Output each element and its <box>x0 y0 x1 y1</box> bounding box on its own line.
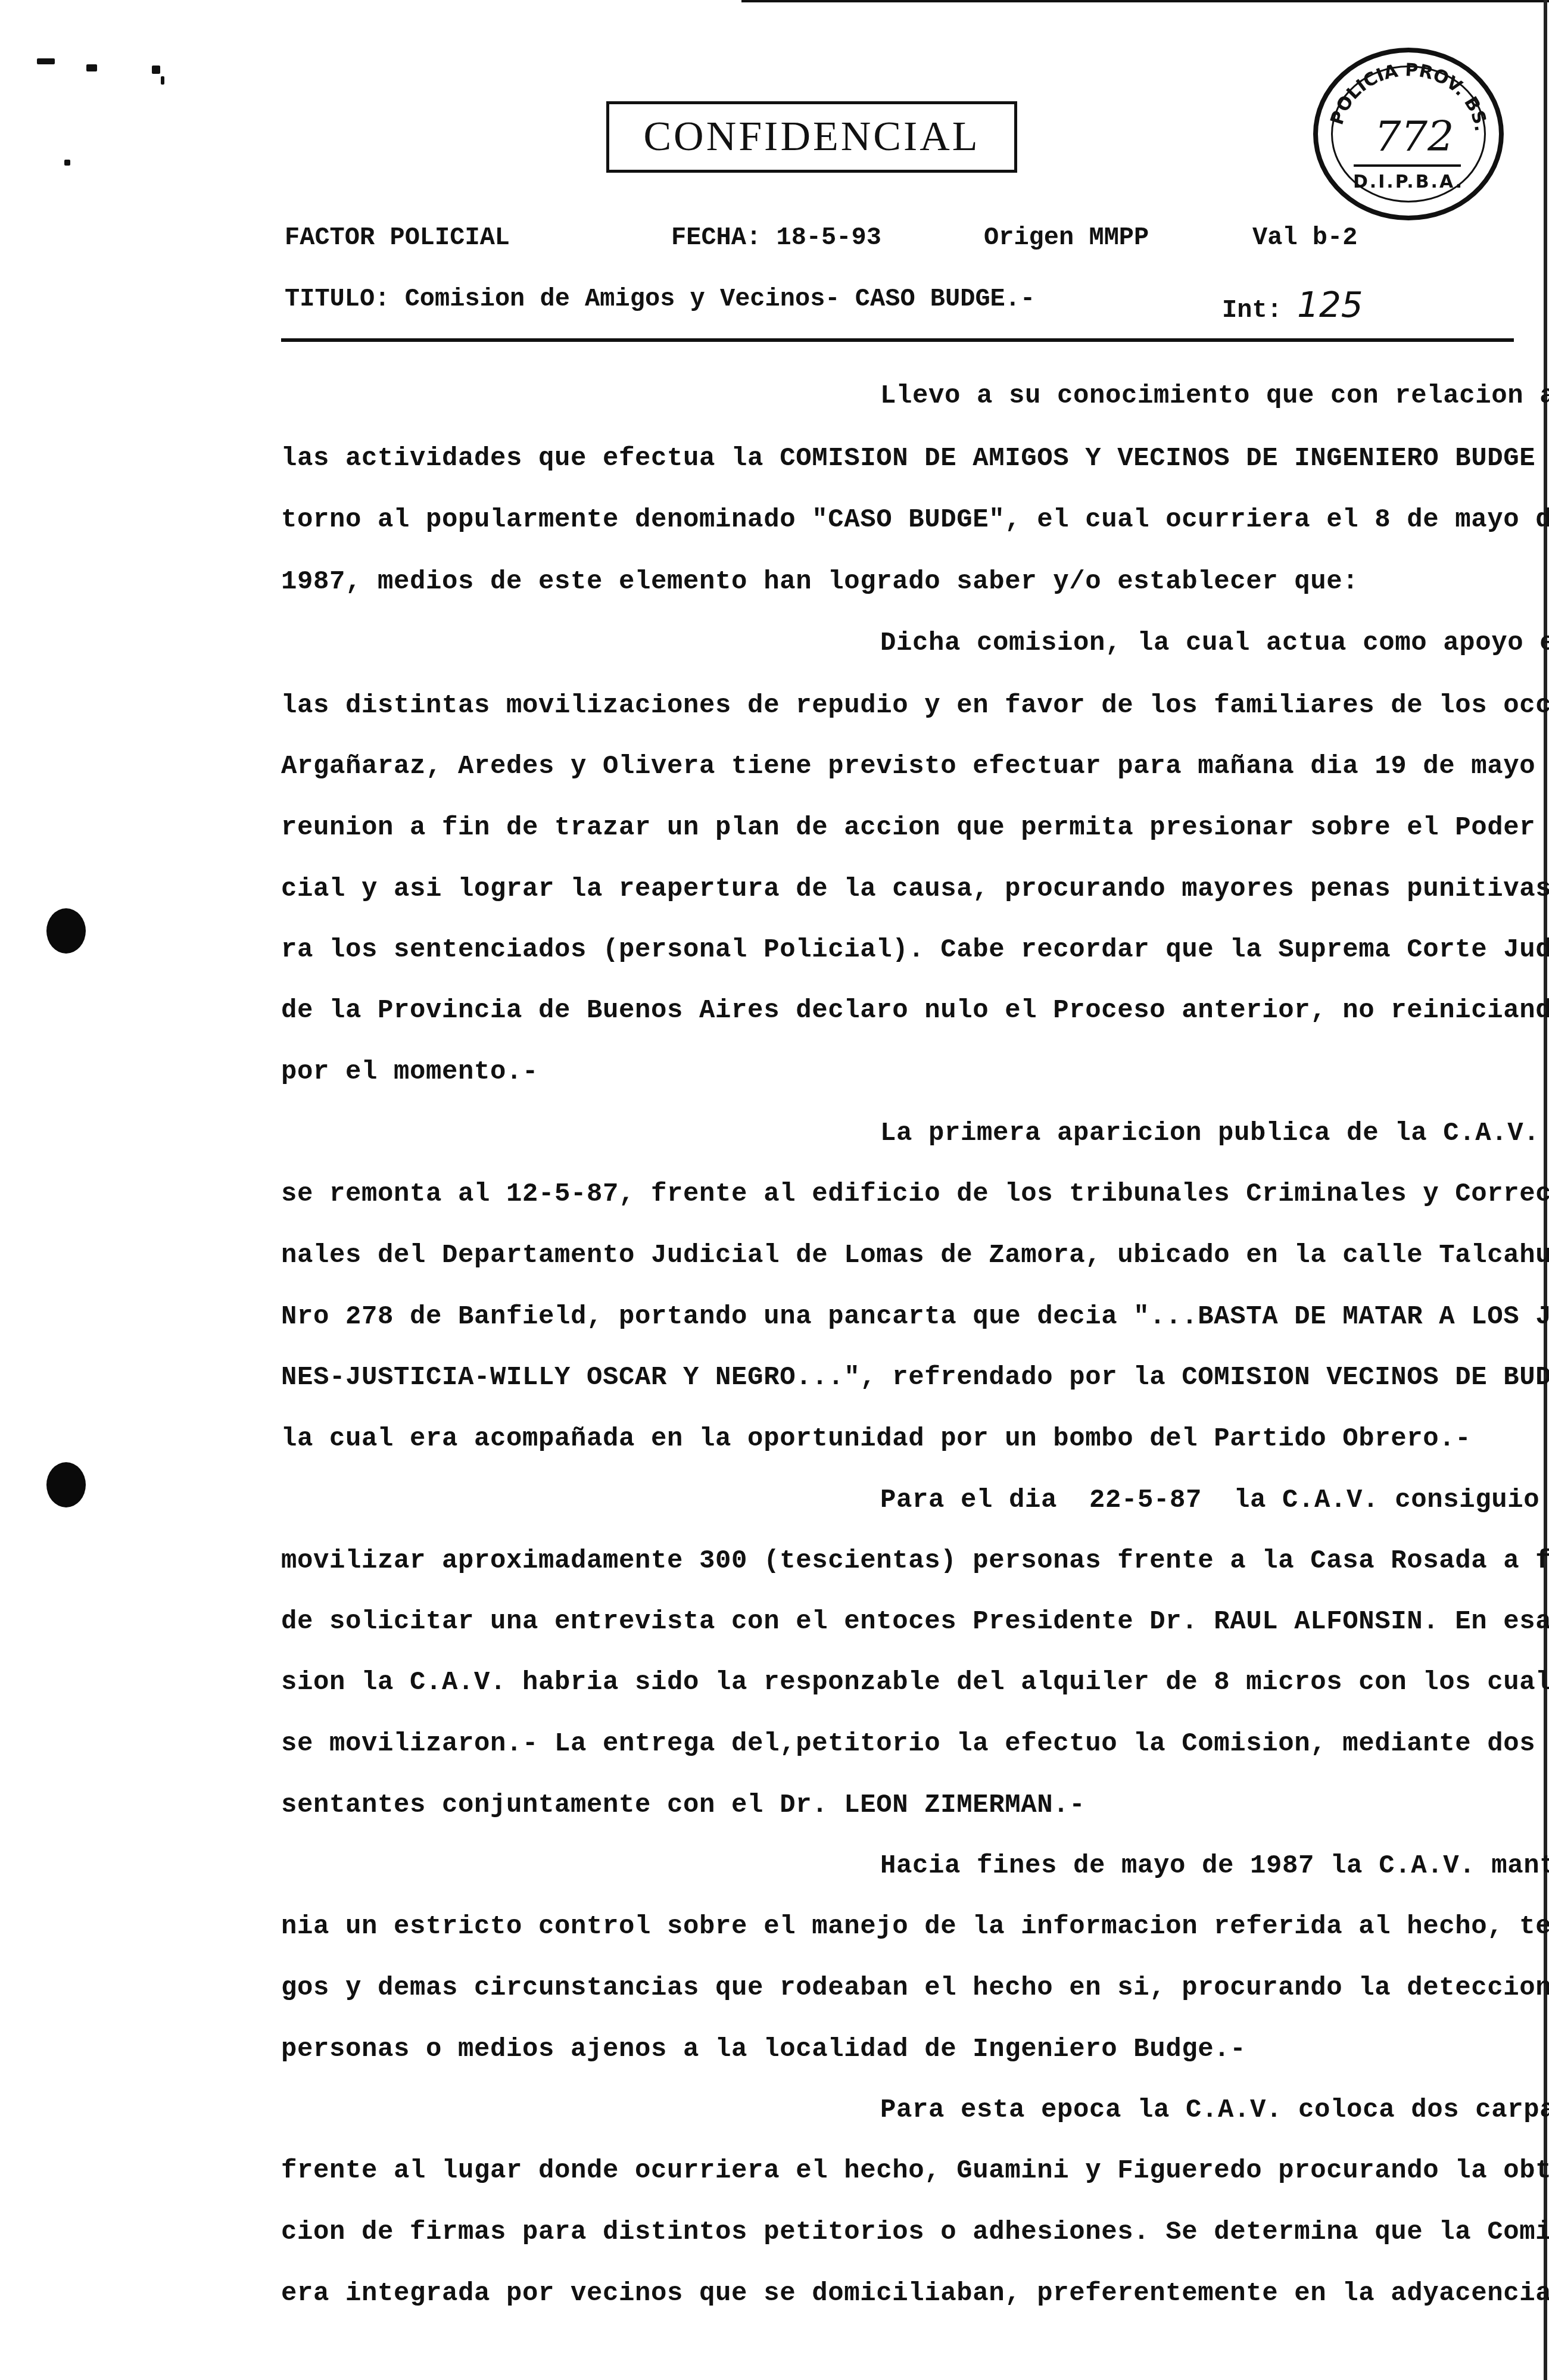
paragraph-start-line: Dicha comision, la cual actua como apoyo… <box>880 628 1535 658</box>
origen-label: Origen <box>984 223 1074 252</box>
seal-handwritten-number: 772 <box>1375 112 1454 161</box>
police-seal-stamp: POLICIA PROV. BS. AIRES 772 D.I.P.B.A. <box>1313 48 1504 220</box>
scan-speck <box>86 64 97 71</box>
paragraph-start-line: Para el dia 22-5-87 la C.A.V. consiguio <box>880 1485 1535 1515</box>
header-int: Int: 125 <box>1222 285 1363 325</box>
punch-hole <box>46 1462 86 1507</box>
body-text-line: ra los sentenciados (personal Policial).… <box>281 935 1538 965</box>
body-text-line: movilizar aproximadamente 300 (tescienta… <box>281 1546 1538 1576</box>
body-text-line: la cual era acompañada en la oportunidad… <box>281 1424 1538 1454</box>
paragraph-start-line: Para esta epoca la C.A.V. coloca dos car… <box>880 2095 1535 2125</box>
header-divider <box>281 338 1514 342</box>
titulo-value: Comision de Amigos y Vecinos- CASO BUDGE… <box>405 285 1036 313</box>
fecha-label: FECHA: <box>671 223 761 252</box>
body-text-line: nia un estricto control sobre el manejo … <box>281 1912 1538 1942</box>
body-text-line: NES-JUSTICIA-WILLY OSCAR Y NEGRO...", re… <box>281 1363 1538 1393</box>
body-text-line: 1987, medios de este elemento han lograd… <box>281 567 1538 597</box>
scan-speck <box>161 76 164 85</box>
body-text-line: se remonta al 12-5-87, frente al edifici… <box>281 1179 1538 1209</box>
paragraph-start-line: Llevo a su conocimiento que con relacion… <box>880 381 1535 411</box>
fecha-value: 18-5-93 <box>776 223 881 252</box>
confidential-stamp-text: CONFIDENCIAL <box>643 113 980 161</box>
header-val: Val b-2 <box>1252 223 1357 252</box>
body-text-line: gos y demas circunstancias que rodeaban … <box>281 1973 1538 2003</box>
body-text-line: sentantes conjuntamente con el Dr. LEON … <box>281 1790 1538 1820</box>
body-text-line: por el momento.- <box>281 1057 1538 1087</box>
document-page: CONFIDENCIAL POLICIA PROV. BS. AIRES 772… <box>0 0 1549 2380</box>
body-text-line: frente al lugar donde ocurriera el hecho… <box>281 2156 1538 2186</box>
body-text-line: de la Provincia de Buenos Aires declaro … <box>281 996 1538 1026</box>
seal-bottom-text: D.I.P.B.A. <box>1318 172 1499 192</box>
confidential-stamp: CONFIDENCIAL <box>606 101 1017 173</box>
body-text-line: Nro 278 de Banfield, portando una pancar… <box>281 1302 1538 1332</box>
paragraph-start-line: La primera aparicion publica de la C.A.V… <box>880 1119 1535 1148</box>
seal-underline <box>1354 164 1461 167</box>
body-text-line: personas o medios ajenos a la localidad … <box>281 2035 1538 2064</box>
body-text-line: reunion a fin de trazar un plan de accio… <box>281 813 1538 843</box>
header-fecha: FECHA: 18-5-93 <box>671 223 881 252</box>
body-text-line: nales del Departamento Judicial de Lomas… <box>281 1241 1538 1270</box>
scan-speck <box>152 66 160 74</box>
header-origen: Origen MMPP <box>984 223 1149 252</box>
header-factor: FACTOR POLICIAL <box>285 223 510 252</box>
titulo-label: TITULO: <box>285 285 389 313</box>
body-text-line: era integrada por vecinos que se domicil… <box>281 2279 1538 2309</box>
paragraph-start-line: Hacia fines de mayo de 1987 la C.A.V. ma… <box>880 1851 1535 1881</box>
int-label: Int: <box>1222 296 1282 325</box>
punch-hole <box>46 908 86 954</box>
body-text-line: cial y asi lograr la reapertura de la ca… <box>281 874 1538 904</box>
body-text-line: las actividades que efectua la COMISION … <box>281 444 1538 473</box>
body-text-line: torno al popularmente denominado "CASO B… <box>281 505 1538 535</box>
int-value: 125 <box>1297 285 1363 325</box>
origen-value: MMPP <box>1089 223 1149 252</box>
body-text-line: sion la C.A.V. habria sido la responzabl… <box>281 1668 1538 1697</box>
header-titulo: TITULO: Comision de Amigos y Vecinos- CA… <box>285 285 1035 313</box>
body-text-line: se movilizaron.- La entrega del,petitori… <box>281 1729 1538 1759</box>
body-text-line: de solicitar una entrevista con el entoc… <box>281 1607 1538 1637</box>
scan-edge-top <box>741 0 1549 2</box>
body-text-line: las distintas movilizaciones de repudio … <box>281 691 1538 721</box>
body-text-line: Argañaraz, Aredes y Olivera tiene previs… <box>281 752 1538 781</box>
val-value: b-2 <box>1313 223 1358 252</box>
scan-speck <box>37 58 55 64</box>
scan-speck <box>64 160 70 166</box>
val-label: Val <box>1252 223 1298 252</box>
body-text-line: cion de firmas para distintos petitorios… <box>281 2217 1538 2247</box>
